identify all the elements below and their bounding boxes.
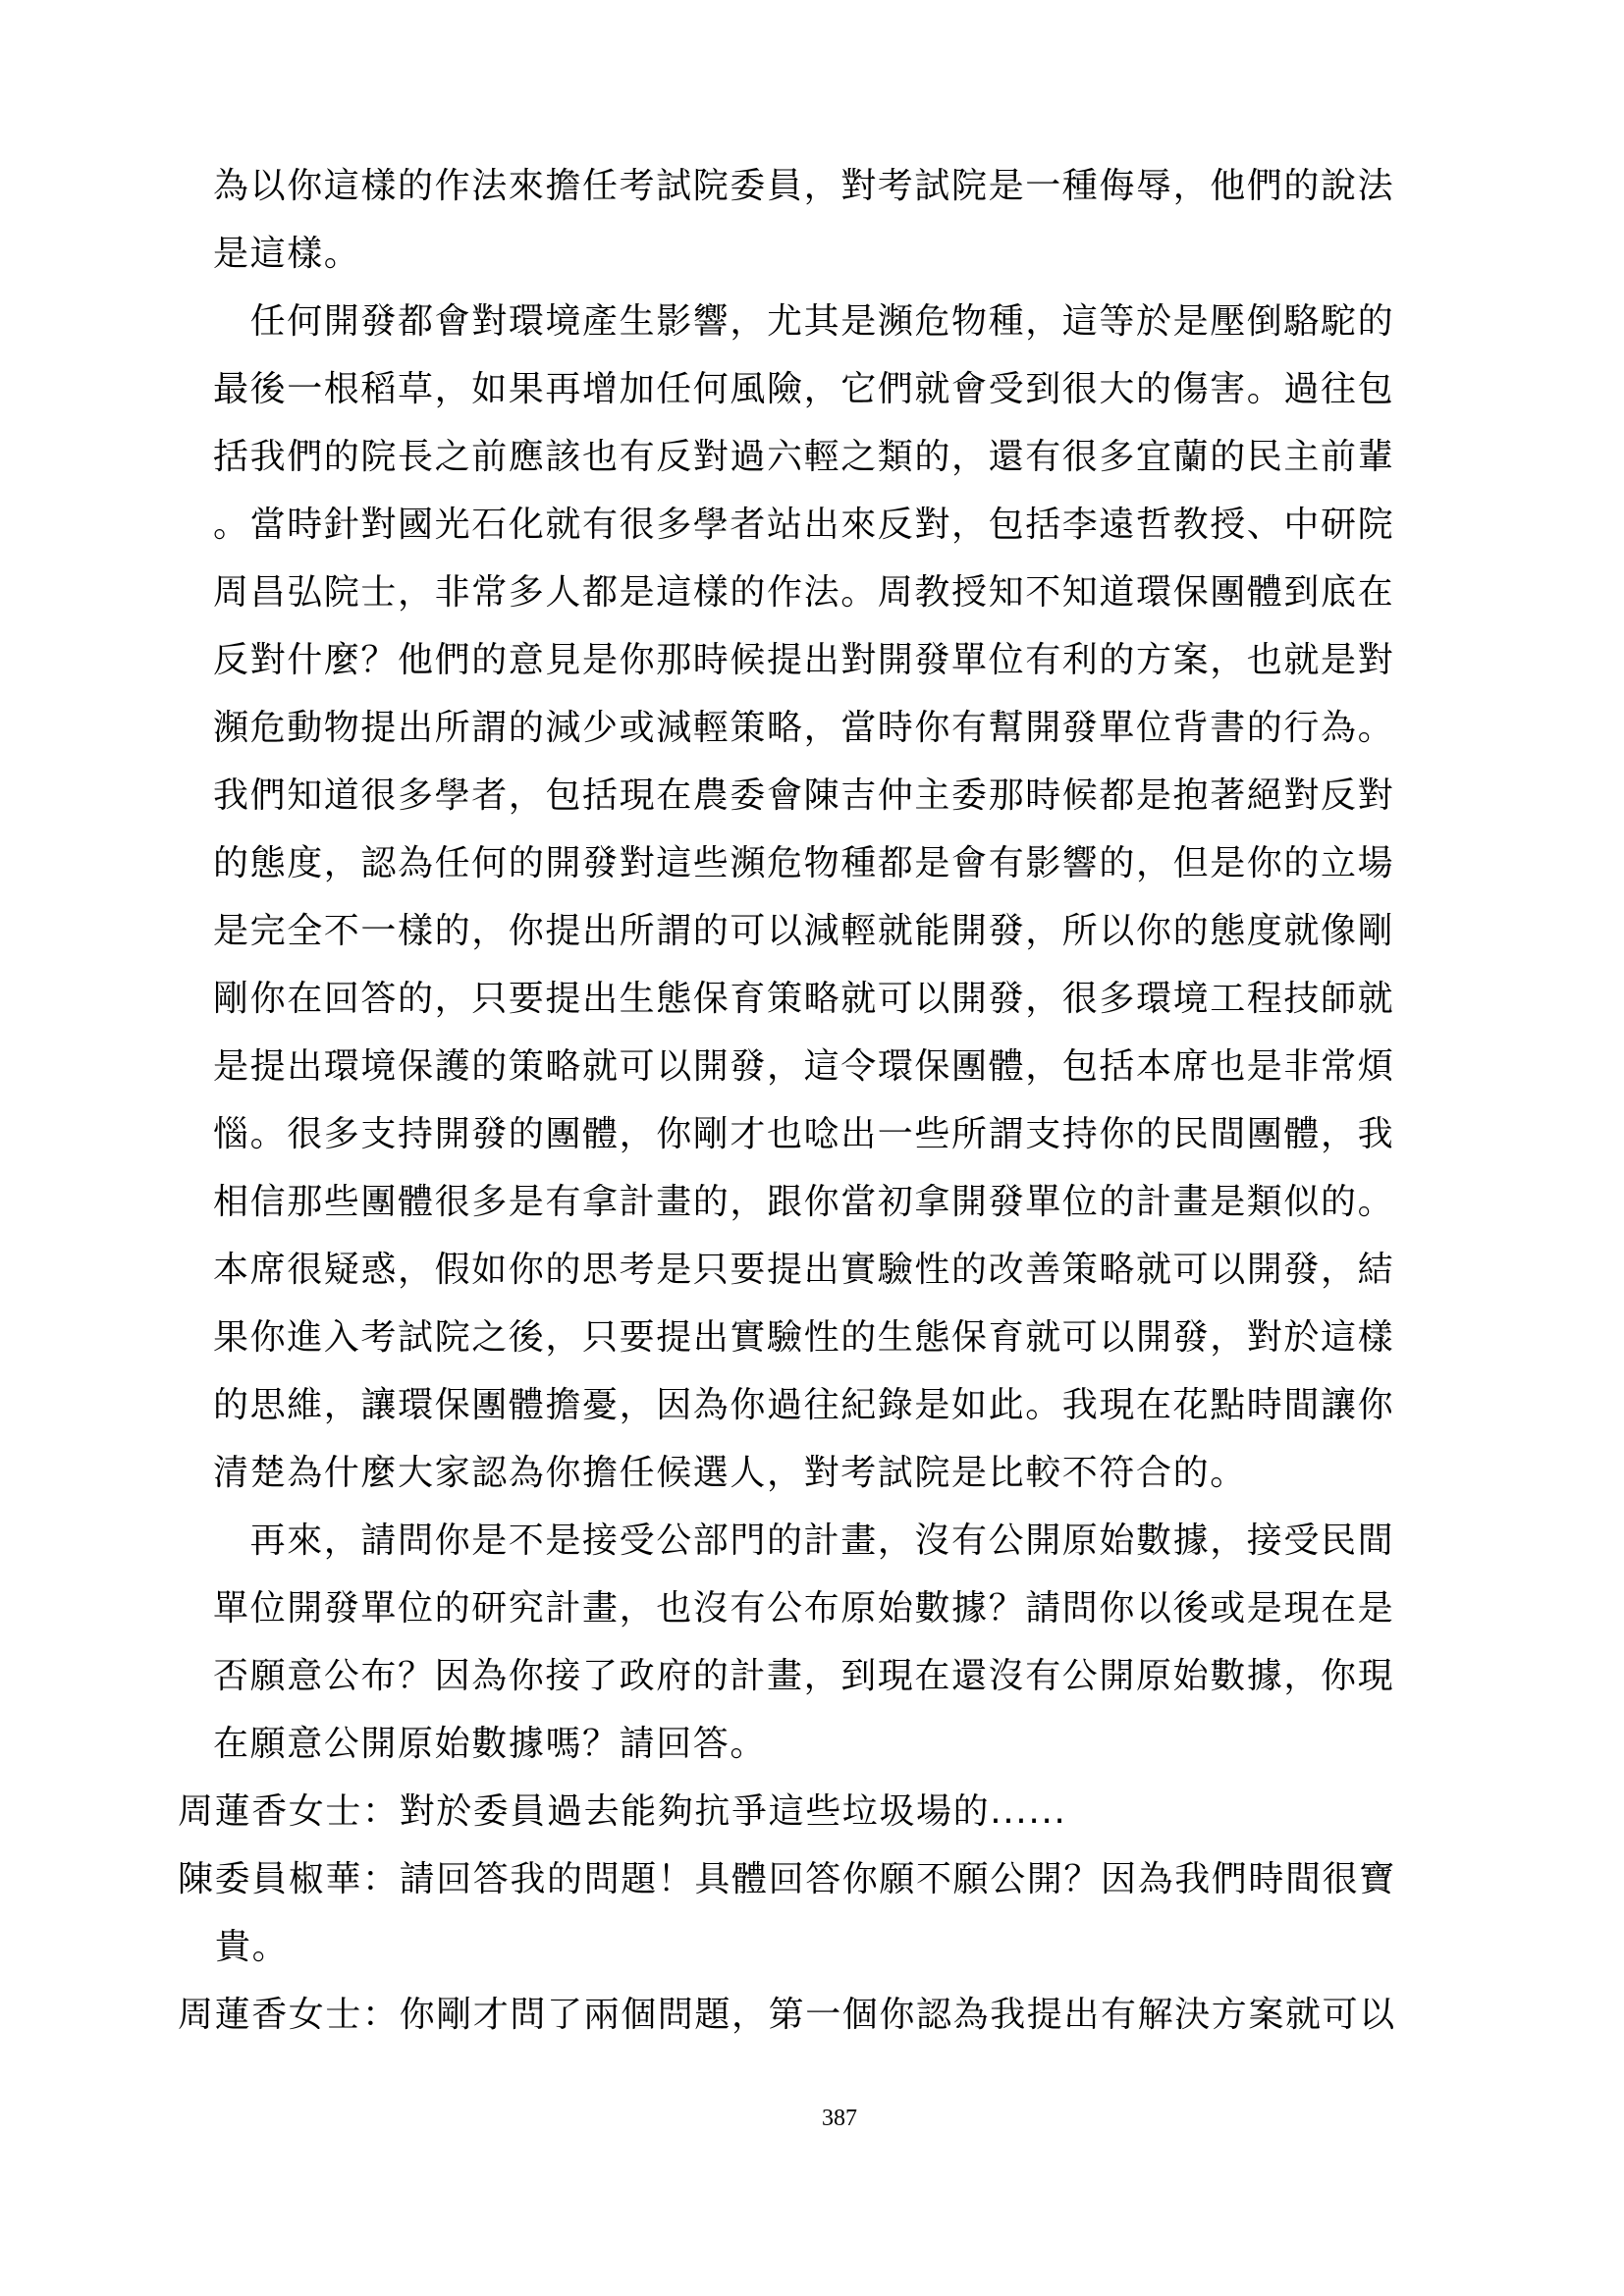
paragraph-line: 在願意公開原始數據嗎？請回答。 (213, 1723, 767, 1766)
paragraph-line: 為以你這樣的作法來擔任考試院委員，對考試院是一種侮辱，他們的說法 (213, 165, 1394, 208)
paragraph-line: 周昌弘院士，非常多人都是這樣的作法。周教授知不知道環保團體到底在 (213, 571, 1394, 614)
paragraph-line: 清楚為什麼大家認為你擔任候選人，對考試院是比較不符合的。 (213, 1452, 1247, 1495)
paragraph-line: 括我們的院長之前應該也有反對過六輕之類的，還有很多宜蘭的民主前輩 (213, 436, 1394, 479)
paragraph-line: 剛你在回答的，只要提出生態保育策略就可以開發，很多環境工程技師就 (213, 978, 1394, 1021)
paragraph-line: 再來，請問你是不是接受公部門的計畫，沒有公開原始數據，接受民間 (213, 1520, 1394, 1563)
dialogue-speaker-line: 周蓮香女士：你剛才問了兩個問題，第一個你認為我提出有解決方案就可以 (178, 1994, 1396, 2037)
paragraph-line: 。當時針對國光石化就有很多學者站出來反對，包括李遠哲教授、中研院 (213, 504, 1394, 547)
paragraph-line: 任何開發都會對環境產生影響，尤其是瀕危物種，這等於是壓倒駱駝的 (213, 300, 1394, 344)
paragraph-line: 單位開發單位的研究計畫，也沒有公布原始數據？請問你以後或是現在是 (213, 1587, 1394, 1630)
dialogue-continuation-line: 貴。 (215, 1926, 289, 1969)
paragraph-line: 反對什麼？他們的意見是你那時候提出對開發單位有利的方案，也就是對 (213, 639, 1394, 682)
paragraph-line: 否願意公布？因為你接了政府的計畫，到現在還沒有公開原始數據，你現 (213, 1655, 1394, 1698)
dialogue-speaker-line: 周蓮香女士：對於委員過去能夠抗爭這些垃圾場的...... (178, 1790, 1066, 1834)
paragraph-line: 果你進入考試院之後，只要提出實驗性的生態保育就可以開發，對於這樣 (213, 1316, 1394, 1360)
paragraph-line: 最後一根稻草，如果再增加任何風險，它們就會受到很大的傷害。過往包 (213, 368, 1394, 411)
paragraph-line: 惱。很多支持開發的團體，你剛才也唸出一些所謂支持你的民間團體，我 (213, 1113, 1394, 1156)
document-page: 為以你這樣的作法來擔任考試院委員，對考試院是一種侮辱，他們的說法 是這樣。 任何… (0, 0, 1624, 2296)
paragraph-line: 是完全不一樣的，你提出所謂的可以減輕就能開發，所以你的態度就像剛 (213, 910, 1394, 953)
dialogue-speaker-line: 陳委員椒華：請回答我的問題！具體回答你願不願公開？因為我們時間很寶 (178, 1858, 1396, 1901)
paragraph-line: 本席很疑惑，假如你的思考是只要提出實驗性的改善策略就可以開發，結 (213, 1249, 1394, 1292)
paragraph-line: 的態度，認為任何的開發對這些瀕危物種都是會有影響的，但是你的立場 (213, 842, 1394, 885)
paragraph-line: 的思維，讓環保團體擔憂，因為你過往紀錄是如此。我現在花點時間讓你 (213, 1384, 1394, 1427)
paragraph-line: 是這樣。 (213, 233, 360, 276)
paragraph-line: 相信那些團體很多是有拿計畫的，跟你當初拿開發單位的計畫是類似的。 (213, 1181, 1394, 1224)
paragraph-line: 是提出環境保護的策略就可以開發，這令環保團體，包括本席也是非常煩 (213, 1045, 1394, 1089)
paragraph-line: 我們知道很多學者，包括現在農委會陳吉仲主委那時候都是抱著絕對反對 (213, 774, 1394, 818)
page-number: 387 (0, 2105, 1624, 2132)
paragraph-line: 瀕危動物提出所謂的減少或減輕策略，當時你有幫開發單位背書的行為。 (213, 707, 1394, 750)
